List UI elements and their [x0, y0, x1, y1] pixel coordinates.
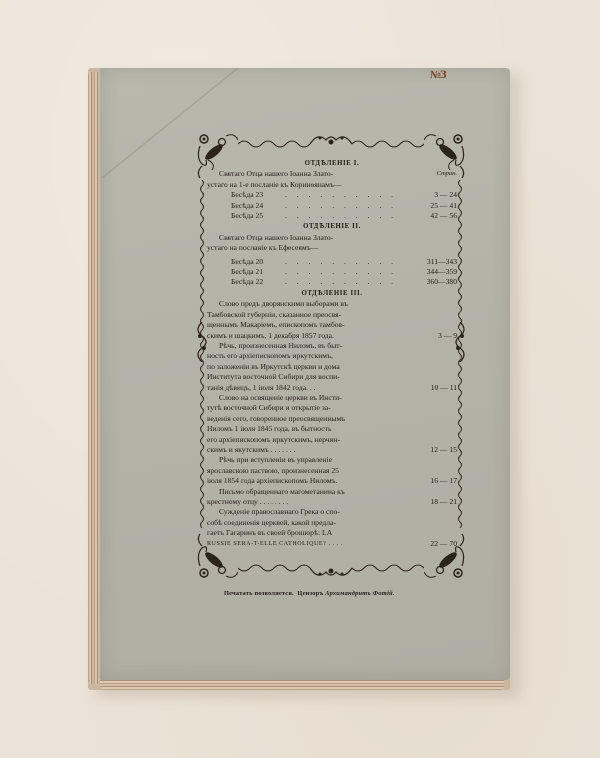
page-range: 3 — 24: [413, 190, 457, 200]
page-range: 18 — 21: [419, 497, 457, 507]
section-2-intro: Святаго Отца нашего Іоанна Злато-: [207, 233, 457, 243]
imprint-censor-label: Цензоръ: [297, 590, 323, 597]
section-title-2: ОТДѢЛЕНІЕ II.: [207, 222, 457, 232]
toc-entry: Письмо обращеннаго магометанина къ крест…: [207, 487, 457, 508]
toc-entry: Бесѣда 21 . . . . . . . . . . 344—359: [207, 267, 457, 277]
section-1-intro-cont: устаго на 1-е посланіе къ Коринѳянамъ—: [207, 180, 457, 190]
section-title-1: ОТДѢЛЕНІЕ I.: [207, 159, 457, 169]
section-title-3: ОТДѢЛЕНІЕ III.: [207, 289, 457, 299]
page-range: 344—359: [413, 267, 457, 277]
page-range: 12 — 15: [419, 445, 457, 455]
table-of-contents: ОТДѢЛЕНІЕ I. Святаго Отца нашего Іоанна …: [207, 158, 457, 549]
section-1-intro: Святаго Отца нашего Іоанна Злато- Стран.: [207, 169, 457, 179]
page-range: 10 — 11: [419, 383, 457, 393]
page-range: 3 — 9: [419, 331, 457, 341]
toc-entry: Слово на освященіе церкви въ Инсти- тутѣ…: [207, 393, 457, 455]
page-range: 311—343: [413, 257, 457, 267]
toc-entry: Бесѣда 23 . . . . . . . . . . 3 — 24: [207, 190, 457, 200]
toc-entry: Рѣчь при вступленіи въ управленіе яросла…: [207, 455, 457, 486]
toc-entry: Слово предъ дворянскими выборами въ Тамб…: [207, 299, 457, 341]
page-range: 42 — 56: [413, 211, 457, 221]
censor-imprint: Печатать позволяется. Цензоръ Архимандри…: [224, 590, 474, 597]
bottom-border-ornament: [238, 564, 424, 580]
page-range: 22 — 70: [419, 539, 457, 549]
toc-entry: Сужденіе православнаго Грека о спо- собѣ…: [207, 507, 457, 549]
page-range: 25 — 41: [413, 201, 457, 211]
toc-entry: Бесѣда 24 . . . . . . . . . . 25 — 41: [207, 201, 457, 211]
imprint-permission: Печатать позволяется.: [224, 590, 294, 597]
top-border-ornament: [238, 132, 424, 148]
page-range: 360—380: [413, 277, 457, 287]
page-range: 16 — 17: [419, 476, 457, 486]
toc-entry: Бесѣда 25 . . . . . . . . . . 42 — 56: [207, 211, 457, 221]
toc-entry: Рѣчь, произнесенная Ниломъ, въ быт- ност…: [207, 341, 457, 393]
toc-entry: Бесѣда 22 . . . . . . . . . . 360—380: [207, 277, 457, 287]
imprint-censor-name: Архимандритъ Фотій.: [325, 590, 394, 597]
section-2-intro-cont: устаго на посланіе къ Ефесеямъ—: [207, 243, 457, 253]
toc-entry: Бесѣда 20 . . . . . . . . . . 311—343: [207, 257, 457, 267]
inventory-stamp: №3: [430, 70, 450, 82]
pages-column-header: Стран.: [419, 169, 457, 179]
